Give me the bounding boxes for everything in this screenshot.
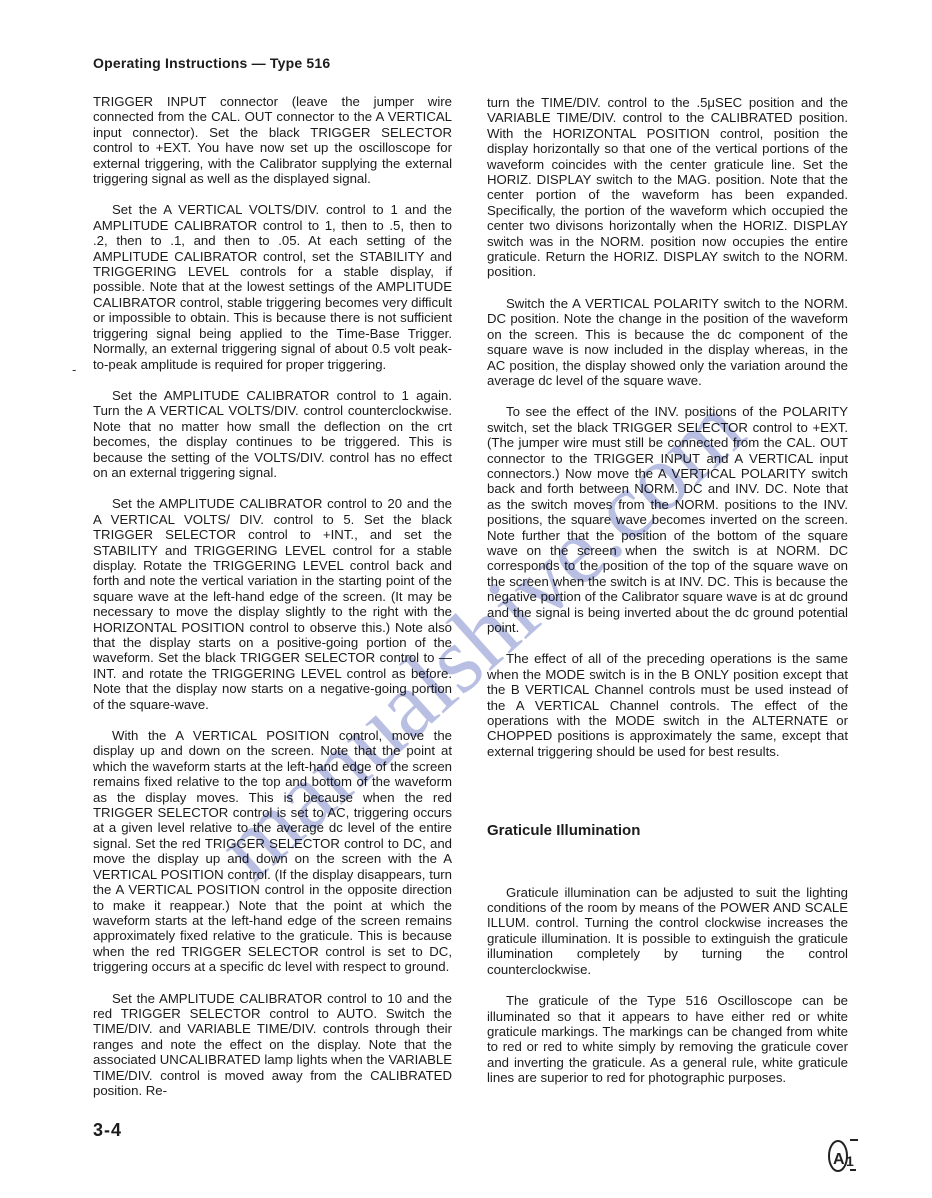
paragraph: To see the effect of the INV. positions …	[487, 404, 848, 635]
svg-text:1: 1	[846, 1153, 854, 1169]
stamp-oval-icon: A 1	[820, 1128, 868, 1178]
paragraph: Set the A VERTICAL VOLTS/DIV. control to…	[93, 202, 452, 371]
paragraph: Set the AMPLITUDE CALIBRATOR control to …	[93, 496, 452, 712]
left-column: TRIGGER INPUT connector (leave the jumpe…	[93, 94, 452, 1098]
page-number: 3-4	[93, 1120, 122, 1141]
paragraph: TRIGGER INPUT connector (leave the jumpe…	[93, 94, 452, 186]
right-column: turn the TIME/DIV. control to the .5μSEC…	[487, 95, 848, 1086]
printer-stamp: A 1	[820, 1128, 868, 1178]
paragraph: The graticule of the Type 516 Oscillosco…	[487, 993, 848, 1085]
paragraph: Set the AMPLITUDE CALIBRATOR control to …	[93, 388, 452, 480]
section-heading-graticule-illumination: Graticule Illumination	[487, 823, 848, 838]
page-header: Operating Instructions — Type 516	[93, 55, 330, 71]
paragraph: turn the TIME/DIV. control to the .5μSEC…	[487, 95, 848, 280]
paragraph: Graticule illumination can be adjusted t…	[487, 885, 848, 977]
margin-mark: -	[72, 362, 76, 377]
svg-text:A: A	[833, 1151, 845, 1168]
paragraph: Set the AMPLITUDE CALIBRATOR control to …	[93, 991, 452, 1099]
paragraph: Switch the A VERTICAL POLARITY switch to…	[487, 296, 848, 388]
paragraph: With the A VERTICAL POSITION control, mo…	[93, 728, 452, 975]
manual-page: Operating Instructions — Type 516 - TRIG…	[0, 0, 932, 1198]
paragraph: The effect of all of the preceding opera…	[487, 651, 848, 759]
